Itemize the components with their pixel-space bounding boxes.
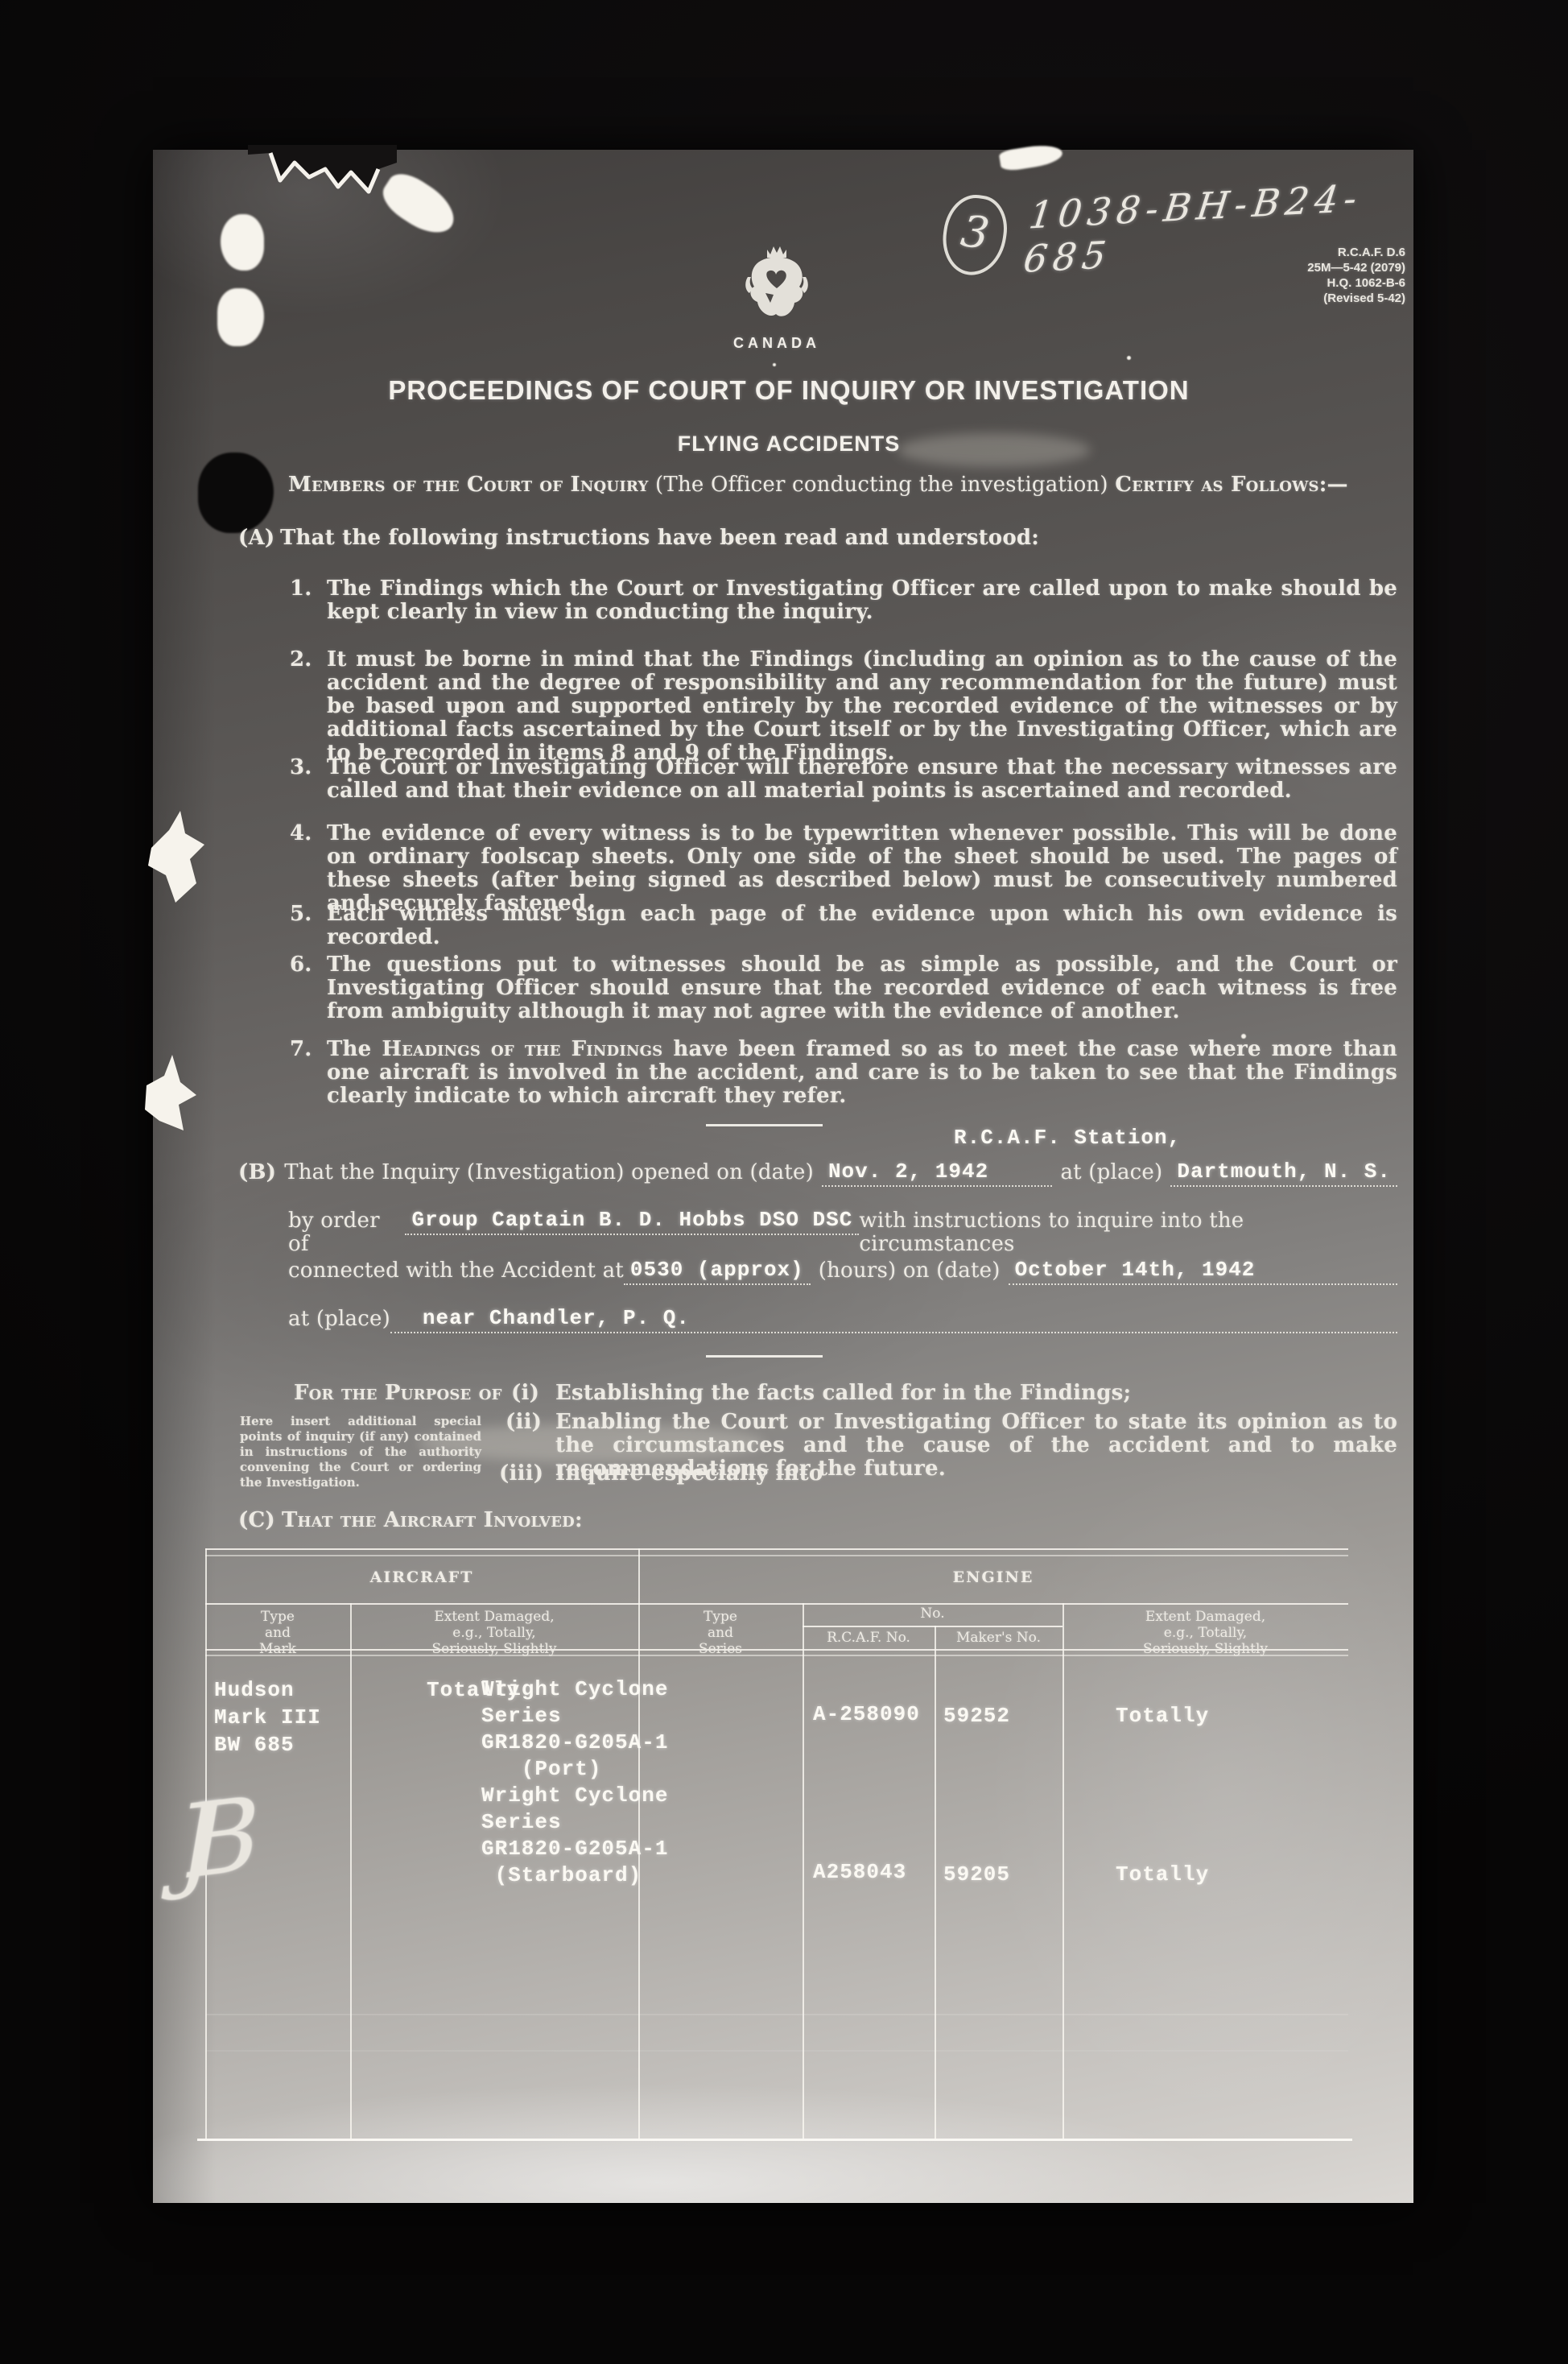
form-ref-line: R.C.A.F. D.6 (1223, 245, 1405, 260)
section-a-heading: That the following instructions have bee… (280, 527, 1391, 550)
table-faint-row-line (205, 2050, 1348, 2052)
ordered-by-field: Group Captain B. D. Hobbs DSO DSC (405, 1209, 859, 1235)
purpose-item-num: (iii) (499, 1462, 543, 1486)
col-header-rcaf-no: R.C.A.F. No. (803, 1630, 935, 1646)
accident-time-row: connected with the Accident at 0530 (app… (288, 1259, 1397, 1285)
inquiry-opened-row: (B) That the Inquiry (Investigation) ope… (238, 1161, 1397, 1187)
typed-accident-date: October 14th, 1942 (1009, 1258, 1262, 1282)
col-header-makers-no: Maker's No. (935, 1630, 1063, 1646)
certify-statement: Members of the Court of Inquiry (The Off… (288, 473, 1399, 497)
cell-engine2-rcaf-no: A258043 (813, 1860, 906, 1884)
col-header-no: No. (803, 1606, 1063, 1622)
accident-place-row: at (place) near Chandler, P. Q. (288, 1308, 1397, 1333)
page-number-circled: 3 (938, 191, 1011, 279)
at-place-label-2: at (place) (288, 1308, 390, 1331)
document-page: 3 1038-BH-B24-685 R.C.A.F. D.6 25M—5-42 … (153, 150, 1413, 2203)
table-col-divider (350, 1603, 352, 2139)
margin-monogram: JB (176, 1779, 231, 1903)
scan-background: 3 1038-BH-B24-685 R.C.A.F. D.6 25M—5-42 … (0, 0, 1568, 2364)
form-ref-line: H.Q. 1062-B-6 (1223, 275, 1405, 291)
typed-opened-place: Dartmouth, N. S. (1170, 1159, 1397, 1184)
page-subtitle: FLYING ACCIDENTS (185, 432, 1393, 457)
col-header-type-mark: Type and Mark (205, 1609, 350, 1657)
typed-opened-date: Nov. 2, 1942 (822, 1159, 995, 1184)
typed-accident-time: 0530 (approx) (624, 1258, 811, 1282)
instruction-item-2: It must be borne in mind that the Findin… (327, 648, 1397, 765)
section-divider (706, 1124, 823, 1126)
col-header-extent-aircraft: Extent Damaged, e.g., Totally, Seriously… (350, 1609, 638, 1657)
section-c-heading: That the Aircraft Involved: (282, 1509, 1393, 1532)
accident-date-field: October 14th, 1942 (1009, 1259, 1397, 1285)
dust-speck (773, 363, 776, 366)
table-col-divider (1063, 1603, 1064, 2139)
table-header-divider (205, 1603, 1348, 1605)
instruction-number: 2. (290, 648, 312, 672)
col-header-extent-engine: Extent Damaged, e.g., Totally, Seriously… (1063, 1609, 1348, 1657)
table-group-header-aircraft: AIRCRAFT (205, 1568, 638, 1586)
table-col-divider (935, 1626, 936, 2139)
table-no-split-line (803, 1626, 1063, 1627)
purpose-item-3: Inquire especially into (555, 1462, 1397, 1486)
table-group-header-engine: ENGINE (638, 1568, 1348, 1586)
form-reference-block: R.C.A.F. D.6 25M—5-42 (2079) H.Q. 1062-B… (1223, 245, 1405, 306)
accident-place-field: near Chandler, P. Q. (390, 1308, 1397, 1333)
purpose-item-num: (ii) (505, 1411, 542, 1434)
table-faint-row-line (205, 2014, 1348, 2015)
with-instructions-text: with instructions to inquire into the ci… (859, 1209, 1397, 1256)
instruction-number: 1. (290, 577, 312, 601)
by-order-row: by order of Group Captain B. D. Hobbs DS… (288, 1209, 1397, 1256)
instruction-number: 6. (290, 953, 312, 977)
instruction-item-3: The Court or Investigating Officer will … (327, 756, 1397, 803)
instruction-item-7: The Headings of the Findings have been f… (327, 1038, 1397, 1108)
instruction-item-5: Each witness must sign each page of the … (327, 903, 1397, 949)
paper-tear-left-2 (145, 1053, 198, 1134)
opened-date-field: Nov. 2, 1942 (822, 1161, 1052, 1187)
item7-smallcaps: Headings of the Findings (382, 1037, 662, 1061)
paper-tear-top (248, 145, 401, 209)
canada-crest-icon (743, 245, 811, 329)
typed-ordered-by: Group Captain B. D. Hobbs DSO DSC (405, 1208, 859, 1232)
opened-prefix: That the Inquiry (Investigation) opened … (284, 1161, 814, 1184)
cell-aircraft-type-mark: Hudson Mark III BW 685 (214, 1676, 321, 1759)
cell-engine-type-series: Wright Cyclone Series GR1820-G205A-1 (Po… (481, 1676, 668, 1889)
section-c-label: (C) (238, 1509, 275, 1532)
typed-station: R.C.A.F. Station, (954, 1126, 1181, 1150)
cell-engine2-makers-no: 59205 (943, 1862, 1010, 1887)
page-number: 3 (958, 205, 992, 259)
instruction-number: 7. (290, 1038, 312, 1061)
typed-accident-place: near Chandler, P. Q. (390, 1306, 696, 1330)
table-border-top-2 (205, 1555, 1348, 1556)
accident-time-field: 0530 (approx) (624, 1259, 811, 1285)
form-ref-line: 25M—5-42 (2079) (1223, 260, 1405, 275)
table-border-bottom (197, 2139, 1352, 2141)
paper-hole-spot-1 (221, 214, 264, 271)
form-ref-line: (Revised 5-42) (1223, 291, 1405, 306)
cell-engine1-makers-no: 59252 (943, 1704, 1010, 1728)
instruction-number: 4. (290, 822, 312, 845)
crest-caption: CANADA (720, 335, 833, 352)
paper-hole-spot-2 (217, 288, 264, 346)
purpose-label: For the Purpose of (294, 1382, 502, 1405)
paper-tear-left-1 (148, 806, 211, 911)
cell-engine1-extent: Totally (1116, 1704, 1209, 1728)
page-title: PROCEEDINGS OF COURT OF INQUIRY OR INVES… (185, 375, 1393, 406)
dust-speck (1127, 356, 1131, 360)
certify-part-3: Certify as Follows:— (1115, 473, 1348, 497)
at-place-label: at (place) (1060, 1161, 1162, 1184)
certify-part-2: (The Officer conducting the investigatio… (649, 473, 1116, 497)
col-header-type-series: Type and Series (638, 1609, 803, 1657)
hours-on-date-label: (hours) on (date) (819, 1259, 1001, 1283)
cell-engine1-rcaf-no: A-258090 (813, 1702, 920, 1726)
purpose-item-num: (i) (511, 1382, 539, 1405)
purpose-item-1: Establishing the facts called for in the… (555, 1382, 1397, 1405)
table-col-divider (803, 1603, 804, 2139)
opened-place-field: Dartmouth, N. S. (1170, 1161, 1397, 1187)
section-divider (706, 1355, 823, 1358)
instruction-number: 5. (290, 903, 312, 926)
table-border-top (205, 1548, 1348, 1550)
purpose-side-note: Here insert additional special points of… (240, 1414, 481, 1490)
punched-hole (198, 453, 274, 533)
certify-part-1: Members of the Court of Inquiry (288, 473, 649, 497)
by-order-label: by order of (288, 1209, 405, 1256)
section-a-label: (A) (238, 527, 274, 550)
item7-pre: The (327, 1037, 382, 1061)
instruction-item-1: The Findings which the Court or Investig… (327, 577, 1397, 624)
paper-tear-top-right (998, 142, 1063, 172)
section-b-label: (B) (238, 1161, 276, 1184)
instruction-number: 3. (290, 756, 312, 779)
cell-engine2-extent: Totally (1116, 1862, 1209, 1887)
connected-prefix: connected with the Accident at (288, 1259, 624, 1283)
instruction-item-6: The questions put to witnesses should be… (327, 953, 1397, 1023)
